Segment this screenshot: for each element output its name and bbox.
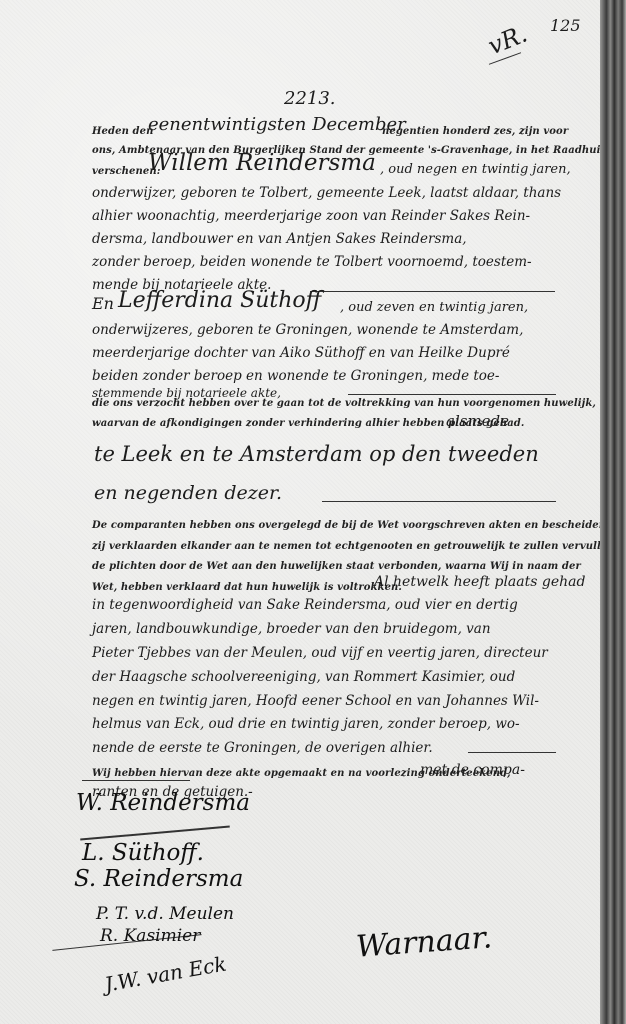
- witness-line2: jaren, landbouwkundige, broeder van den …: [92, 621, 491, 637]
- groom-name: Willem Reindersma: [148, 150, 376, 176]
- opening-print-b: negentien honderd zes, zijn voor: [382, 126, 568, 137]
- filler-line: [310, 291, 555, 292]
- filler-line: [348, 394, 556, 395]
- witness-line6: helmus van Eck, oud drie en twintig jare…: [92, 716, 520, 732]
- request-line3-hand: te Leek en te Amsterdam op den tweeden: [94, 442, 539, 466]
- filler-line: [322, 501, 556, 502]
- closing-line1-hand: met de compa-: [420, 762, 525, 778]
- groom-line4: dersma, landbouwer en van Antjen Sakes R…: [92, 231, 467, 247]
- request-line1: die ons verzocht hebben over te gaan tot…: [92, 398, 596, 409]
- witness-line4: der Haagsche schoolvereeniging, van Romm…: [92, 669, 515, 685]
- declaration-line4-hand: Al hetwelk heeft plaats gehad: [374, 574, 585, 590]
- request-line2-hand: alsmede: [446, 412, 509, 430]
- signature-witness-1: S. Reindersma: [74, 866, 243, 892]
- witness-line7: nende de eerste te Groningen, de overige…: [92, 740, 433, 756]
- record-number: 2213.: [284, 88, 336, 109]
- declaration-line4: Wet, hebben verklaard dat hun huwelijk i…: [92, 582, 402, 593]
- declaration-line3: de plichten door de Wet aan den huwelijk…: [92, 561, 581, 572]
- signature-line: [82, 780, 190, 781]
- declaration-line2: zij verklaarden elkander aan te nemen to…: [92, 541, 626, 552]
- opening-print-a: Heden den: [92, 126, 153, 137]
- signature-underline: [80, 825, 230, 840]
- bride-line1: , oud zeven en twintig jaren,: [340, 300, 528, 315]
- signature-witness-3: R. Kasimier: [100, 926, 200, 946]
- bride-line3: meerderjarige dochter van Aiko Süthoff e…: [92, 345, 510, 361]
- signature-witness-2: P. T. v.d. Meulen: [96, 904, 234, 924]
- registrar-initials: vR.: [484, 20, 531, 61]
- declaration-line1: De comparanten hebben ons overgelegd de …: [92, 520, 610, 531]
- bride-line4: beiden zonder beroep en wonende te Groni…: [92, 368, 499, 384]
- signature-bride: L. Süthoff.: [82, 840, 204, 866]
- book-binding-edge: [600, 0, 626, 1024]
- groom-line5: zonder beroep, beiden wonende te Tolbert…: [92, 254, 532, 270]
- request-line4-hand: en negenden dezer.: [94, 482, 282, 504]
- groom-line1: , oud negen en twintig jaren,: [380, 162, 571, 177]
- signature-registrar: Warnaar.: [355, 920, 493, 964]
- witness-line1: in tegenwoordigheid van Sake Reindersma,…: [92, 597, 518, 613]
- witness-line3: Pieter Tjebbes van der Meulen, oud vijf …: [92, 645, 548, 661]
- opening-date-hand: eenentwintigsten December: [148, 114, 406, 135]
- signature-witness-4: J.W. van Eck: [103, 952, 228, 997]
- page-number: 125: [550, 16, 581, 35]
- witness-line5: negen en twintig jaren, Hoofd eener Scho…: [92, 693, 539, 709]
- bride-name: Lefferdina Süthoff: [118, 288, 321, 313]
- signature-groom: W. Reindersma: [76, 790, 250, 816]
- bride-prefix: En: [92, 294, 114, 313]
- register-page: vR. 125 2213. Heden den eenentwintigsten…: [0, 0, 600, 1024]
- groom-line3: alhier woonachtig, meerderjarige zoon va…: [92, 208, 530, 224]
- filler-line: [468, 752, 556, 753]
- groom-line2: onderwijzer, geboren te Tolbert, gemeent…: [92, 185, 561, 201]
- bride-line2: onderwijzeres, geboren te Groningen, won…: [92, 322, 523, 338]
